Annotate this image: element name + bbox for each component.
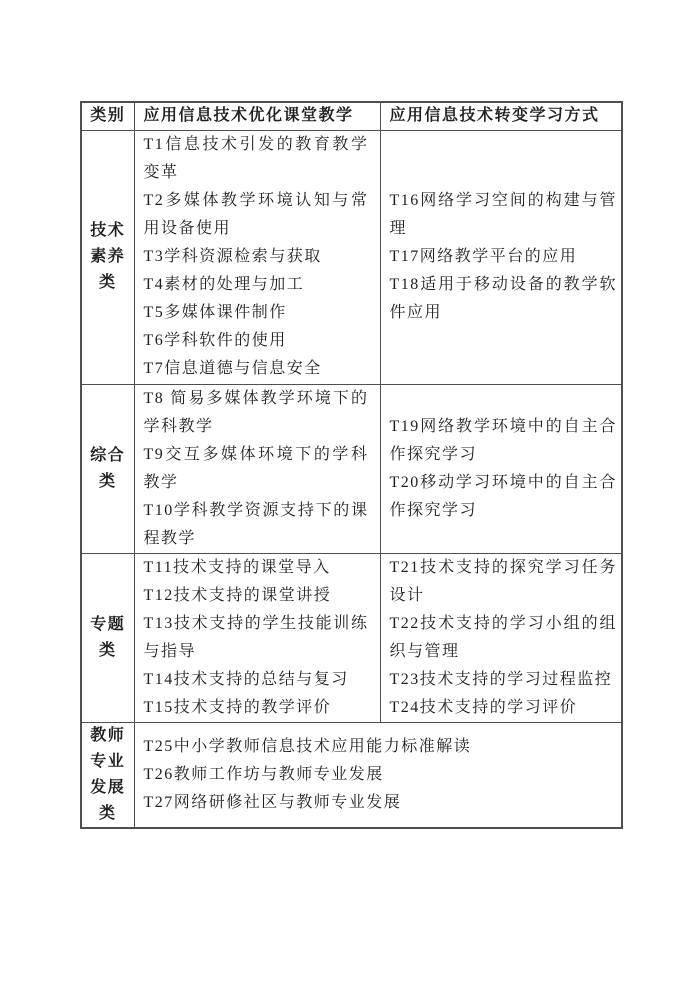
course-item: T17网络教学平台的应用 — [390, 243, 618, 271]
course-item: T2多媒体教学环境认知与常用设备使用 — [144, 187, 369, 243]
optimize-teaching-cell: T1信息技术引发的教育教学变革T2多媒体教学环境认知与常用设备使用T3学科资源检… — [134, 130, 380, 384]
course-item: T1信息技术引发的教育教学变革 — [144, 131, 369, 187]
course-item: T22技术支持的学习小组的组织与管理 — [390, 610, 618, 666]
course-item: T13技术支持的学生技能训练与指导 — [144, 610, 369, 666]
table-header-row: 类别 应用信息技术优化课堂教学 应用信息技术转变学习方式 — [81, 102, 622, 130]
course-item: T26教师工作坊与教师专业发展 — [144, 761, 611, 789]
course-item: T15技术支持的教学评价 — [144, 694, 369, 722]
category-cell: 技术素养类 — [81, 130, 134, 384]
course-item: T23技术支持的学习过程监控 — [390, 666, 618, 694]
course-item: T24技术支持的学习评价 — [390, 694, 618, 722]
teacher-development-cell: T25中小学教师信息技术应用能力标准解读T26教师工作坊与教师专业发展T27网络… — [134, 722, 622, 828]
course-item: T14技术支持的总结与复习 — [144, 666, 369, 694]
course-item: T3学科资源检索与获取 — [144, 243, 369, 271]
course-item: T19网络教学环境中的自主合作探究学习 — [390, 413, 618, 469]
course-item: T8 简易多媒体教学环境下的学科教学 — [144, 385, 369, 441]
course-item: T4素材的处理与加工 — [144, 271, 369, 299]
course-item: T7信息道德与信息安全 — [144, 355, 369, 383]
course-item: T25中小学教师信息技术应用能力标准解读 — [144, 733, 611, 761]
table-row-comprehensive: 综合类 T8 简易多媒体教学环境下的学科教学T9交互多媒体环境下的学科教学T10… — [81, 384, 622, 553]
transform-learning-cell: T16网络学习空间的构建与管理T17网络教学平台的应用T18适用于移动设备的教学… — [380, 130, 622, 384]
course-item: T20移动学习环境中的自主合作探究学习 — [390, 469, 618, 525]
table-container: 类别 应用信息技术优化课堂教学 应用信息技术转变学习方式 技术素养类 T1信息技… — [80, 101, 623, 829]
table-row-teacher-development: 教师专业发展类 T25中小学教师信息技术应用能力标准解读T26教师工作坊与教师专… — [81, 722, 622, 828]
header-transform-learning: 应用信息技术转变学习方式 — [380, 102, 622, 130]
course-item: T16网络学习空间的构建与管理 — [390, 187, 618, 243]
category-cell: 教师专业发展类 — [81, 722, 134, 828]
course-item: T9交互多媒体环境下的学科教学 — [144, 441, 369, 497]
course-item: T11技术支持的课堂导入 — [144, 554, 369, 582]
category-cell: 综合类 — [81, 384, 134, 553]
document-page: 类别 应用信息技术优化课堂教学 应用信息技术转变学习方式 技术素养类 T1信息技… — [0, 0, 700, 993]
header-optimize-teaching: 应用信息技术优化课堂教学 — [134, 102, 380, 130]
optimize-teaching-cell: T8 简易多媒体教学环境下的学科教学T9交互多媒体环境下的学科教学T10学科教学… — [134, 384, 380, 553]
course-item: T10学科教学资源支持下的课程教学 — [144, 497, 369, 553]
table-row-tech-literacy: 技术素养类 T1信息技术引发的教育教学变革T2多媒体教学环境认知与常用设备使用T… — [81, 130, 622, 384]
course-item: T6学科软件的使用 — [144, 327, 369, 355]
category-cell: 专题类 — [81, 553, 134, 722]
header-category: 类别 — [81, 102, 134, 130]
course-category-table: 类别 应用信息技术优化课堂教学 应用信息技术转变学习方式 技术素养类 T1信息技… — [80, 101, 623, 829]
transform-learning-cell: T21技术支持的探究学习任务设计T22技术支持的学习小组的组织与管理T23技术支… — [380, 553, 622, 722]
course-item: T18适用于移动设备的教学软件应用 — [390, 271, 618, 327]
table-body: 技术素养类 T1信息技术引发的教育教学变革T2多媒体教学环境认知与常用设备使用T… — [81, 130, 622, 828]
table-row-special-topic: 专题类 T11技术支持的课堂导入T12技术支持的课堂讲授T13技术支持的学生技能… — [81, 553, 622, 722]
course-item: T21技术支持的探究学习任务设计 — [390, 554, 618, 610]
course-item: T5多媒体课件制作 — [144, 299, 369, 327]
course-item: T27网络研修社区与教师专业发展 — [144, 789, 611, 817]
optimize-teaching-cell: T11技术支持的课堂导入T12技术支持的课堂讲授T13技术支持的学生技能训练与指… — [134, 553, 380, 722]
course-item: T12技术支持的课堂讲授 — [144, 582, 369, 610]
transform-learning-cell: T19网络教学环境中的自主合作探究学习T20移动学习环境中的自主合作探究学习 — [380, 384, 622, 553]
